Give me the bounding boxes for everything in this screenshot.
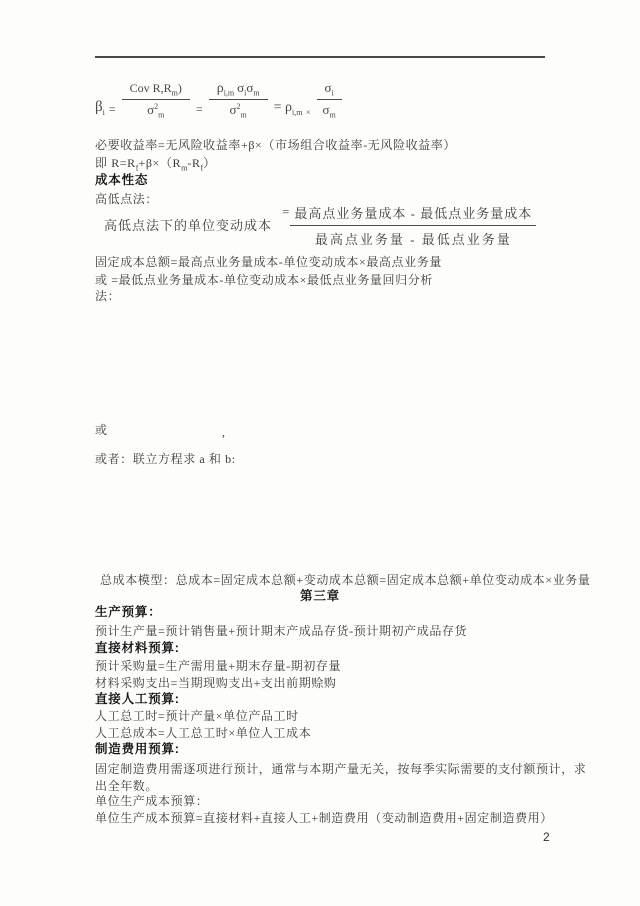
fa-line: 法： xyxy=(95,288,120,304)
unit-cost-line: 单位生产成本预算=直接材料+直接人工+制造费用（变动制造费用+固定制造费用） xyxy=(95,810,553,826)
sigma-ratio-fraction: σi σm xyxy=(317,80,342,120)
covariance-fraction: Cov R,Rm) σ2m xyxy=(122,81,190,120)
equals-rho: = ρi,m × xyxy=(272,100,313,120)
highlow-label: 高低点法下的单位变动成本 xyxy=(104,215,272,234)
direct-labor-heading: 直接人工预算: xyxy=(95,691,180,707)
equals-sign: = xyxy=(194,102,205,120)
direct-materials-heading: 直接材料预算: xyxy=(95,640,180,656)
beta-symbol: βi xyxy=(93,99,107,120)
purchase-quantity-line: 预计采购量=生产需用量+期末存量-期初存量 xyxy=(95,658,341,674)
highlow-fraction: 最高点业务量成本 - 最低点业务量成本 最高点业务量 - 最低点业务量 xyxy=(290,203,536,248)
production-budget-heading: 生产预算： xyxy=(95,604,162,620)
simultaneous-equations-line: 或者：联立方程求 a 和 b: xyxy=(95,451,236,467)
equals-sign: = xyxy=(107,102,118,120)
overhead-paragraph-line1: 固定制造费用需逐项进行预计，通常与本期产量无关，按每季实际需要的支付额预计，求 xyxy=(95,761,586,777)
or-word: 或 xyxy=(95,422,108,438)
labor-hours-line: 人工总工时=预计产量×单位产品工时 xyxy=(95,708,299,724)
cost-behavior-heading: 成本性态 xyxy=(95,172,148,188)
beta-formula: βi = Cov R,Rm) σ2m = ρi,m σiσm σ2m = ρi,… xyxy=(93,80,346,120)
or-comma: , xyxy=(222,424,226,440)
total-cost-model-line: 总成本模型：总成本=固定成本总额+变动成本总额=固定成本总额+单位变动成本×业务… xyxy=(100,572,590,588)
unit-cost-budget-heading: 单位生产成本预算： xyxy=(95,793,208,809)
labor-cost-line: 人工总成本=人工总工时×单位人工成本 xyxy=(95,725,311,741)
document-page: βi = Cov R,Rm) σ2m = ρi,m σiσm σ2m = ρi,… xyxy=(0,0,640,906)
chapter-title: 第三章 xyxy=(0,588,640,604)
required-return-line: 必要收益率=无风险收益率+β×（市场组合收益率-无风险收益率） xyxy=(95,137,456,153)
fixed-cost-total-line: 固定成本总额=最高点业务量成本-单位变动成本×最高点业务量 xyxy=(95,254,442,270)
production-quantity-line: 预计生产量=预计销售量+预计期末产成品存货-预计期初产成品存货 xyxy=(95,623,467,639)
top-fraction-rule xyxy=(95,56,545,58)
highlow-formula: 高低点法下的单位变动成本 = 最高点业务量成本 - 最低点业务量成本 最高点业务… xyxy=(104,203,536,248)
or-lowest-line: 或 =最低点业务量成本-单位变动成本×最低点业务量回归分析 xyxy=(95,272,433,288)
equals-sign: = xyxy=(282,204,290,220)
overhead-paragraph-line2: 出全年数。 xyxy=(95,778,158,794)
rho-sigma-fraction: ρi,m σiσm σ2m xyxy=(209,80,268,120)
overhead-budget-heading: 制造费用预算: xyxy=(95,741,180,757)
material-payment-line: 材料采购支出=当期现购支出+支出前期赊购 xyxy=(95,675,337,691)
page-number: 2 xyxy=(543,830,550,844)
